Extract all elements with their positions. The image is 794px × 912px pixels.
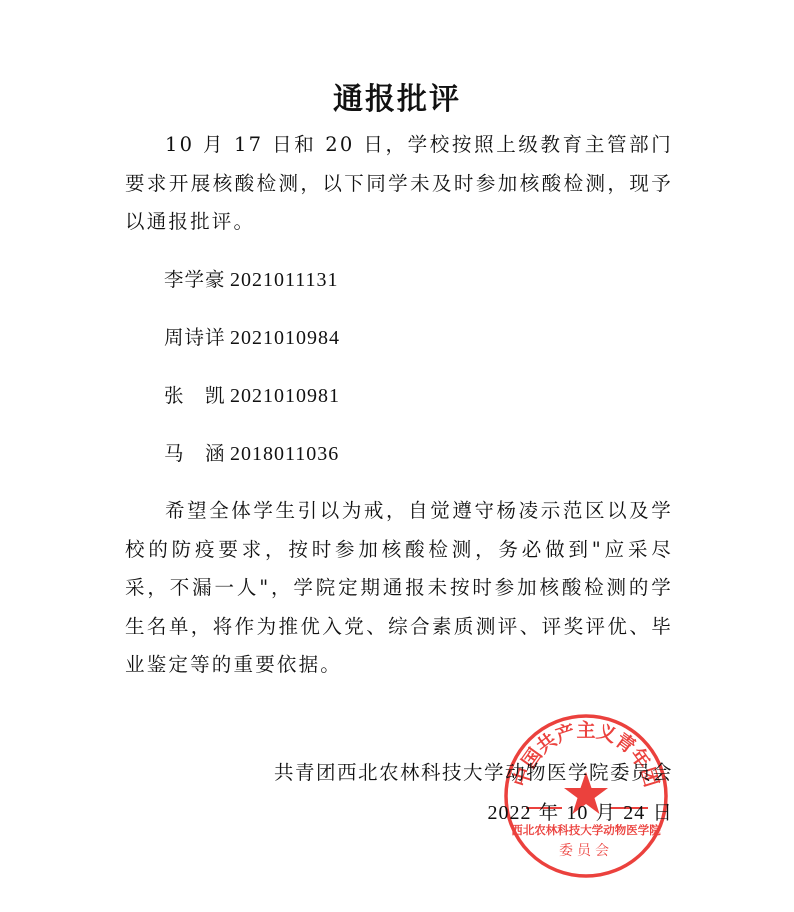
date-day-unit: 日 [652,801,673,824]
student-row: 周诗详2021010984 [164,322,340,350]
date-year-unit: 年 [539,801,560,824]
date-month: 10 [566,802,588,824]
student-name: 张 凯 [164,380,230,408]
student-name: 周诗详 [164,322,230,350]
date-year: 2022 [487,802,531,824]
date-month-unit: 月 [596,801,617,824]
student-row: 张 凯2021010981 [164,380,340,408]
stamp-bottom-text: 西北农林科技大学动物医学院 [511,823,661,837]
student-id: 2018011036 [230,443,339,465]
intro-paragraph: 10 月 17 日和 20 日，学校按照上级教育主管部门要求开展核酸检测，以下同… [125,126,673,242]
stamp-committee-text: 委员会 [559,843,613,859]
student-id: 2021011131 [230,269,339,291]
student-row: 李学豪2021011131 [164,264,339,292]
student-id: 2021010984 [230,327,340,349]
student-name: 马 涵 [164,438,230,466]
official-seal-icon: 中国共产主义青年团 西北农林科技大学动物医学院 委员会 [502,712,670,880]
document-title: 通报批评 [0,74,794,118]
student-id: 2021010981 [230,385,340,407]
signature-date: 2022 年 10 月 24 日 [487,797,673,825]
signature-organization: 共青团西北农林科技大学动物医学院委员会 [274,757,673,785]
student-name: 李学豪 [164,264,230,292]
date-day: 24 [623,802,645,824]
student-row: 马 涵2018011036 [164,438,339,466]
closing-paragraph: 希望全体学生引以为戒，自觉遵守杨凌示范区以及学校的防疫要求，按时参加核酸检测，务… [125,492,673,685]
